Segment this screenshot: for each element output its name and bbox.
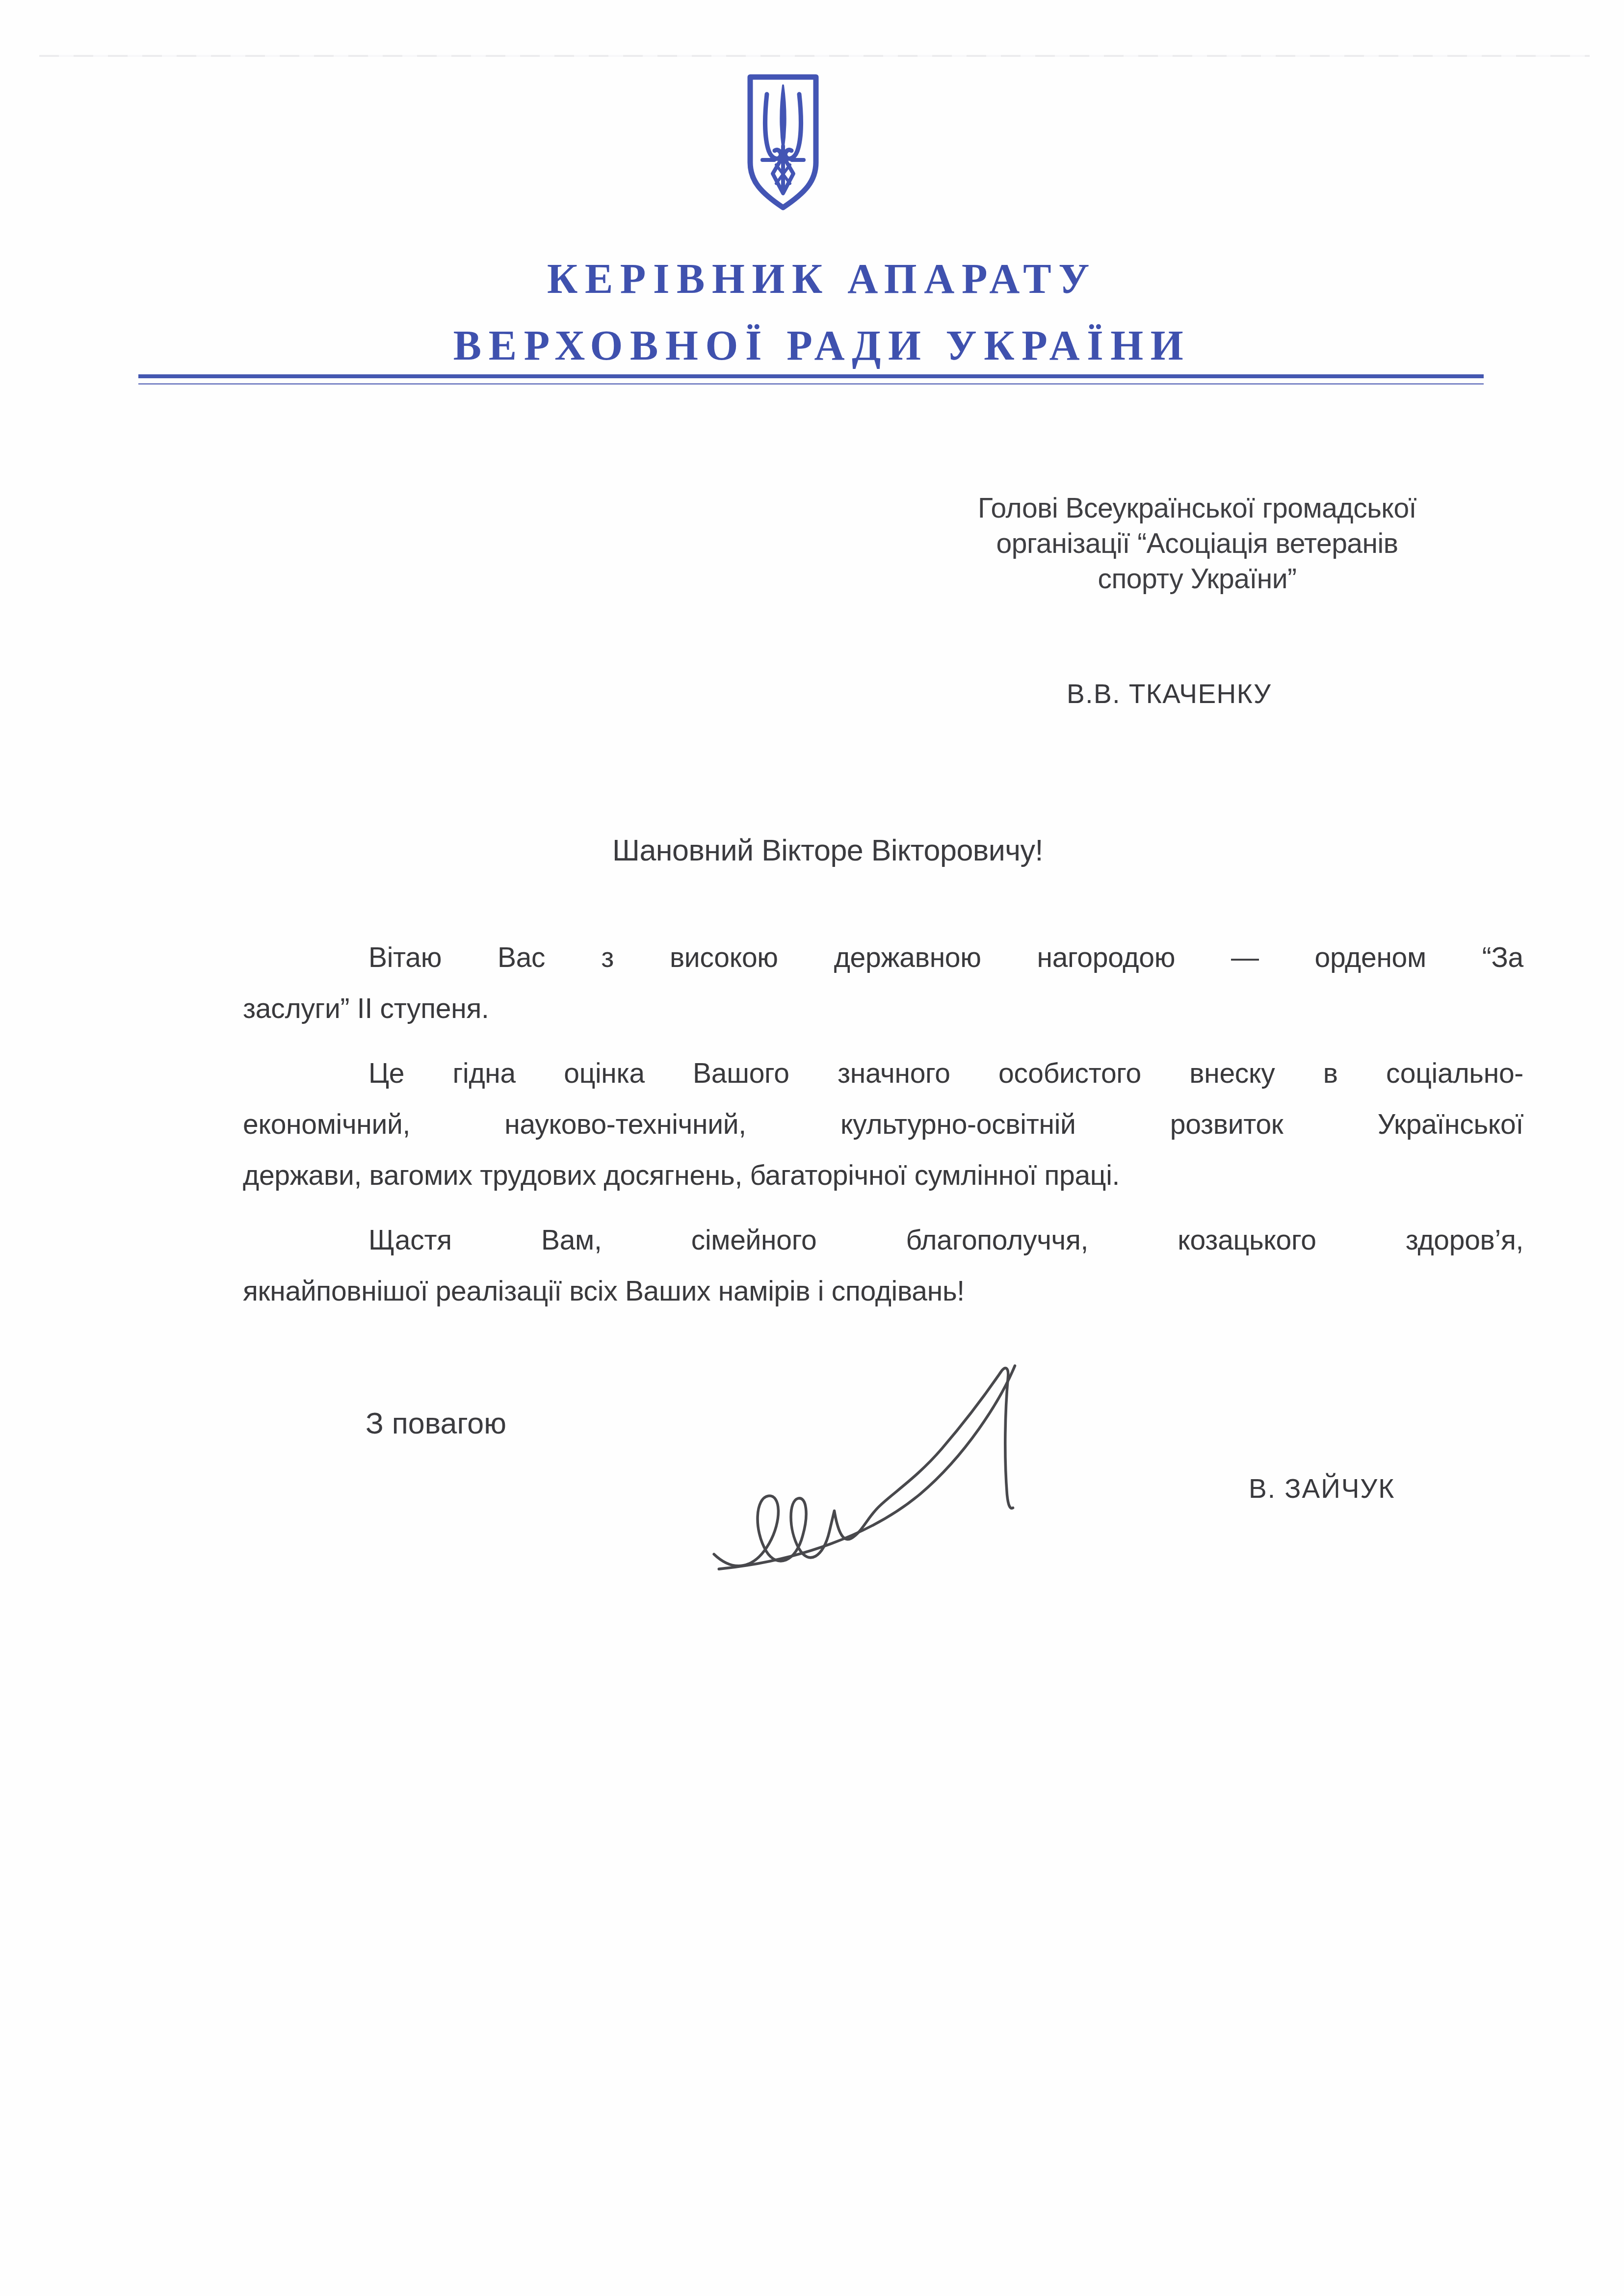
- letterhead-title: КЕРІВНИК АПАРАТУ ВЕРХОВНОЇ РАДИ УКРАЇНИ: [419, 245, 1224, 379]
- letterhead-title-line1: КЕРІВНИК АПАРАТУ: [419, 245, 1224, 312]
- letter-body: Вітаю Вас з високою державною нагородою …: [243, 932, 1523, 1317]
- addressee-block: Голові Всеукраїнської громадської органі…: [900, 491, 1494, 597]
- body-line: Вітаю Вас з високою державною нагородою …: [243, 932, 1523, 983]
- body-line: Це гідна оцінка Вашого значного особисто…: [243, 1048, 1523, 1099]
- closing-respect: З повагою: [366, 1406, 506, 1440]
- addressee-line: спорту України”: [900, 561, 1494, 597]
- signer-name: В. ЗАЙЧУК: [1249, 1473, 1395, 1504]
- divider-thick-line: [138, 374, 1484, 378]
- paragraph: Щастя Вам, сімейного благополуччя, козац…: [243, 1215, 1523, 1317]
- ukraine-trident-emblem-icon: [746, 73, 820, 212]
- divider-thin-line: [138, 383, 1484, 385]
- body-line: якнайповнішої реалізації всіх Ваших намі…: [243, 1266, 1523, 1317]
- letterhead-divider: [138, 374, 1484, 385]
- body-line: Щастя Вам, сімейного благополуччя, козац…: [243, 1215, 1523, 1266]
- addressee-name: В.В. ТКАЧЕНКУ: [1067, 678, 1271, 709]
- paragraph: Це гідна оцінка Вашого значного особисто…: [243, 1048, 1523, 1201]
- paragraph: Вітаю Вас з високою державною нагородою …: [243, 932, 1523, 1034]
- addressee-line: організації “Асоціація ветеранів: [900, 526, 1494, 561]
- scan-artifact-streak: [39, 55, 1590, 57]
- body-line: держави, вагомих трудових досягнень, баг…: [243, 1150, 1523, 1201]
- addressee-line: Голові Всеукраїнської громадської: [900, 491, 1494, 526]
- body-line: заслуги” ІІ ступеня.: [243, 983, 1523, 1034]
- salutation: Шановний Вікторе Вікторовичу!: [612, 833, 1043, 867]
- handwritten-signature: [699, 1360, 1148, 1576]
- body-line: економічний, науково-технічний, культурн…: [243, 1099, 1523, 1150]
- letterhead-title-line2: ВЕРХОВНОЇ РАДИ УКРАЇНИ: [419, 312, 1224, 379]
- letter-page: КЕРІВНИК АПАРАТУ ВЕРХОВНОЇ РАДИ УКРАЇНИ …: [0, 0, 1624, 2296]
